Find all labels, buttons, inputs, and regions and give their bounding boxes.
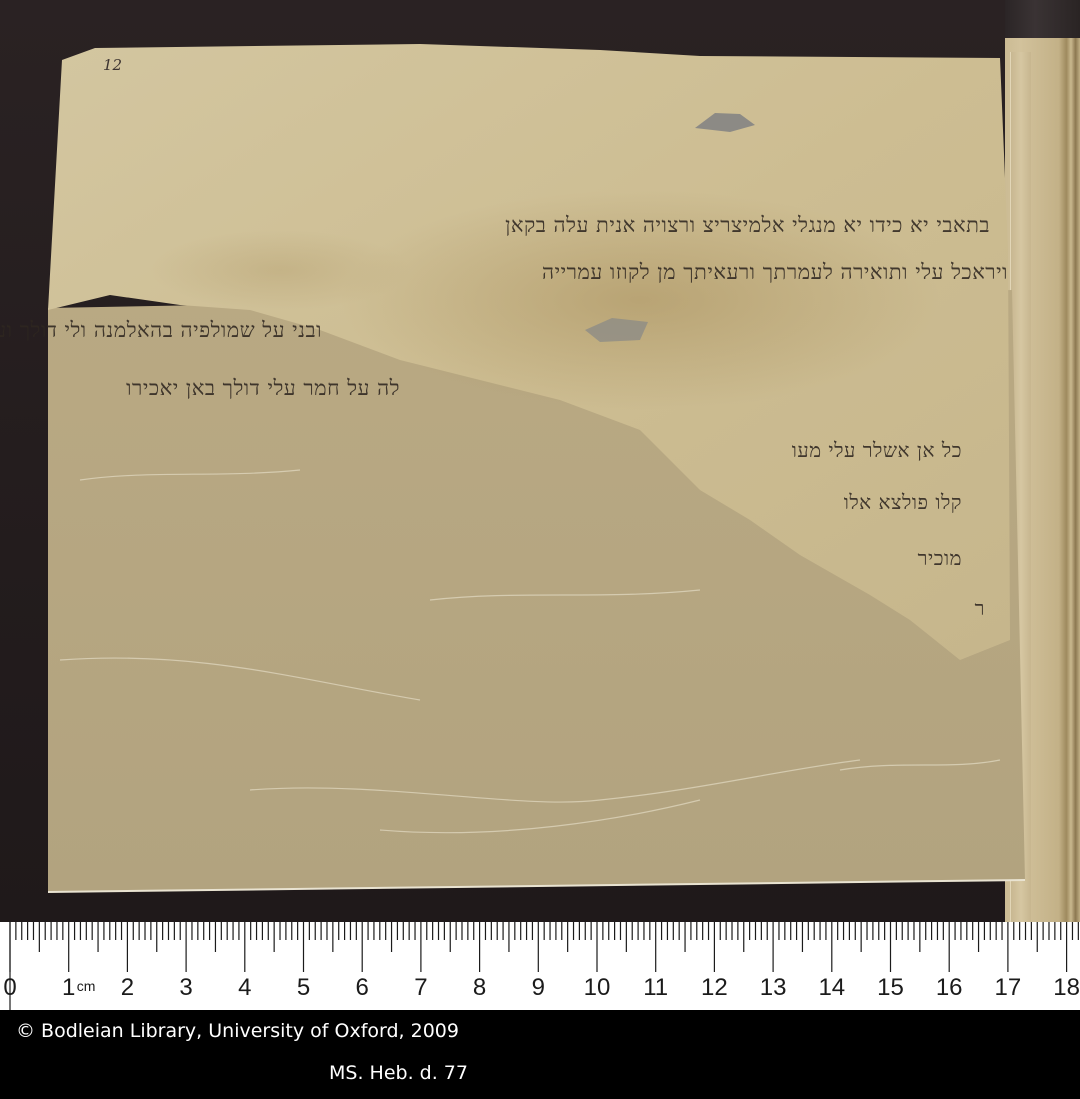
- manuscript-line-2: ויראכל עלי ותואירה לעמרתך ורעאיתך מן לקו…: [542, 260, 1008, 285]
- manuscript-line-4: לה על חמר עלי דולך באן יאכירו: [126, 376, 400, 401]
- ruler-label-9: 9: [532, 974, 545, 1002]
- ruler-label-12: 12: [701, 974, 728, 1002]
- ruler-unit: cm: [77, 978, 96, 994]
- ruler-label-15: 15: [877, 974, 904, 1002]
- manuscript-line-7: מוכיר: [918, 546, 962, 571]
- ruler-label-11: 11: [643, 974, 668, 1002]
- ruler-label-13: 13: [760, 974, 787, 1002]
- ruler-label-8: 8: [473, 974, 486, 1002]
- copyright-icon: ©: [16, 1020, 35, 1042]
- ruler-label-14: 14: [818, 974, 845, 1002]
- ruler-label-4: 4: [238, 974, 251, 1002]
- ruler-label-3: 3: [179, 974, 192, 1002]
- ruler-label-17: 17: [995, 974, 1022, 1002]
- ruler-label-7: 7: [414, 974, 427, 1002]
- ruler-label-2: 2: [121, 974, 134, 1002]
- ruler-label-5: 5: [297, 974, 310, 1002]
- footer: © Bodleian Library, University of Oxford…: [0, 1010, 1080, 1099]
- manuscript-line-6: קלו פולצא אלו: [844, 490, 962, 515]
- ruler-label-6: 6: [356, 974, 369, 1002]
- credit-text: Bodleian Library, University of Oxford, …: [41, 1020, 459, 1042]
- ruler-label-1: 1: [62, 974, 75, 1002]
- ruler-label-0: 0: [3, 974, 16, 1002]
- ruler-label-16: 16: [936, 974, 963, 1002]
- manuscript-line-5: כל אן אשלר עלי מעו: [792, 438, 962, 463]
- manuscript-line-8: ר: [975, 596, 985, 621]
- manuscript-line-1: בתאבי יא כידו יא מנגלי אלמיצריצ ורצויה א…: [505, 213, 990, 238]
- manuscript-scan: 12 בתאבי יא כידו יא מנגלי אלמיצריצ ורצוי…: [0, 0, 1080, 922]
- manuscript-line-3: ובני על שמולפיה בהאלמנה ולי דולך ועשחלו: [0, 318, 322, 343]
- ruler-label-18: 18: [1053, 974, 1080, 1002]
- shelfmark: MS. Heb. d. 77: [329, 1062, 468, 1084]
- folio-number: 12: [103, 56, 122, 74]
- scale-ruler: 01cm23456789101112131415161718: [0, 922, 1080, 1010]
- ruler-label-10: 10: [584, 974, 611, 1002]
- copyright-credit: © Bodleian Library, University of Oxford…: [16, 1020, 459, 1042]
